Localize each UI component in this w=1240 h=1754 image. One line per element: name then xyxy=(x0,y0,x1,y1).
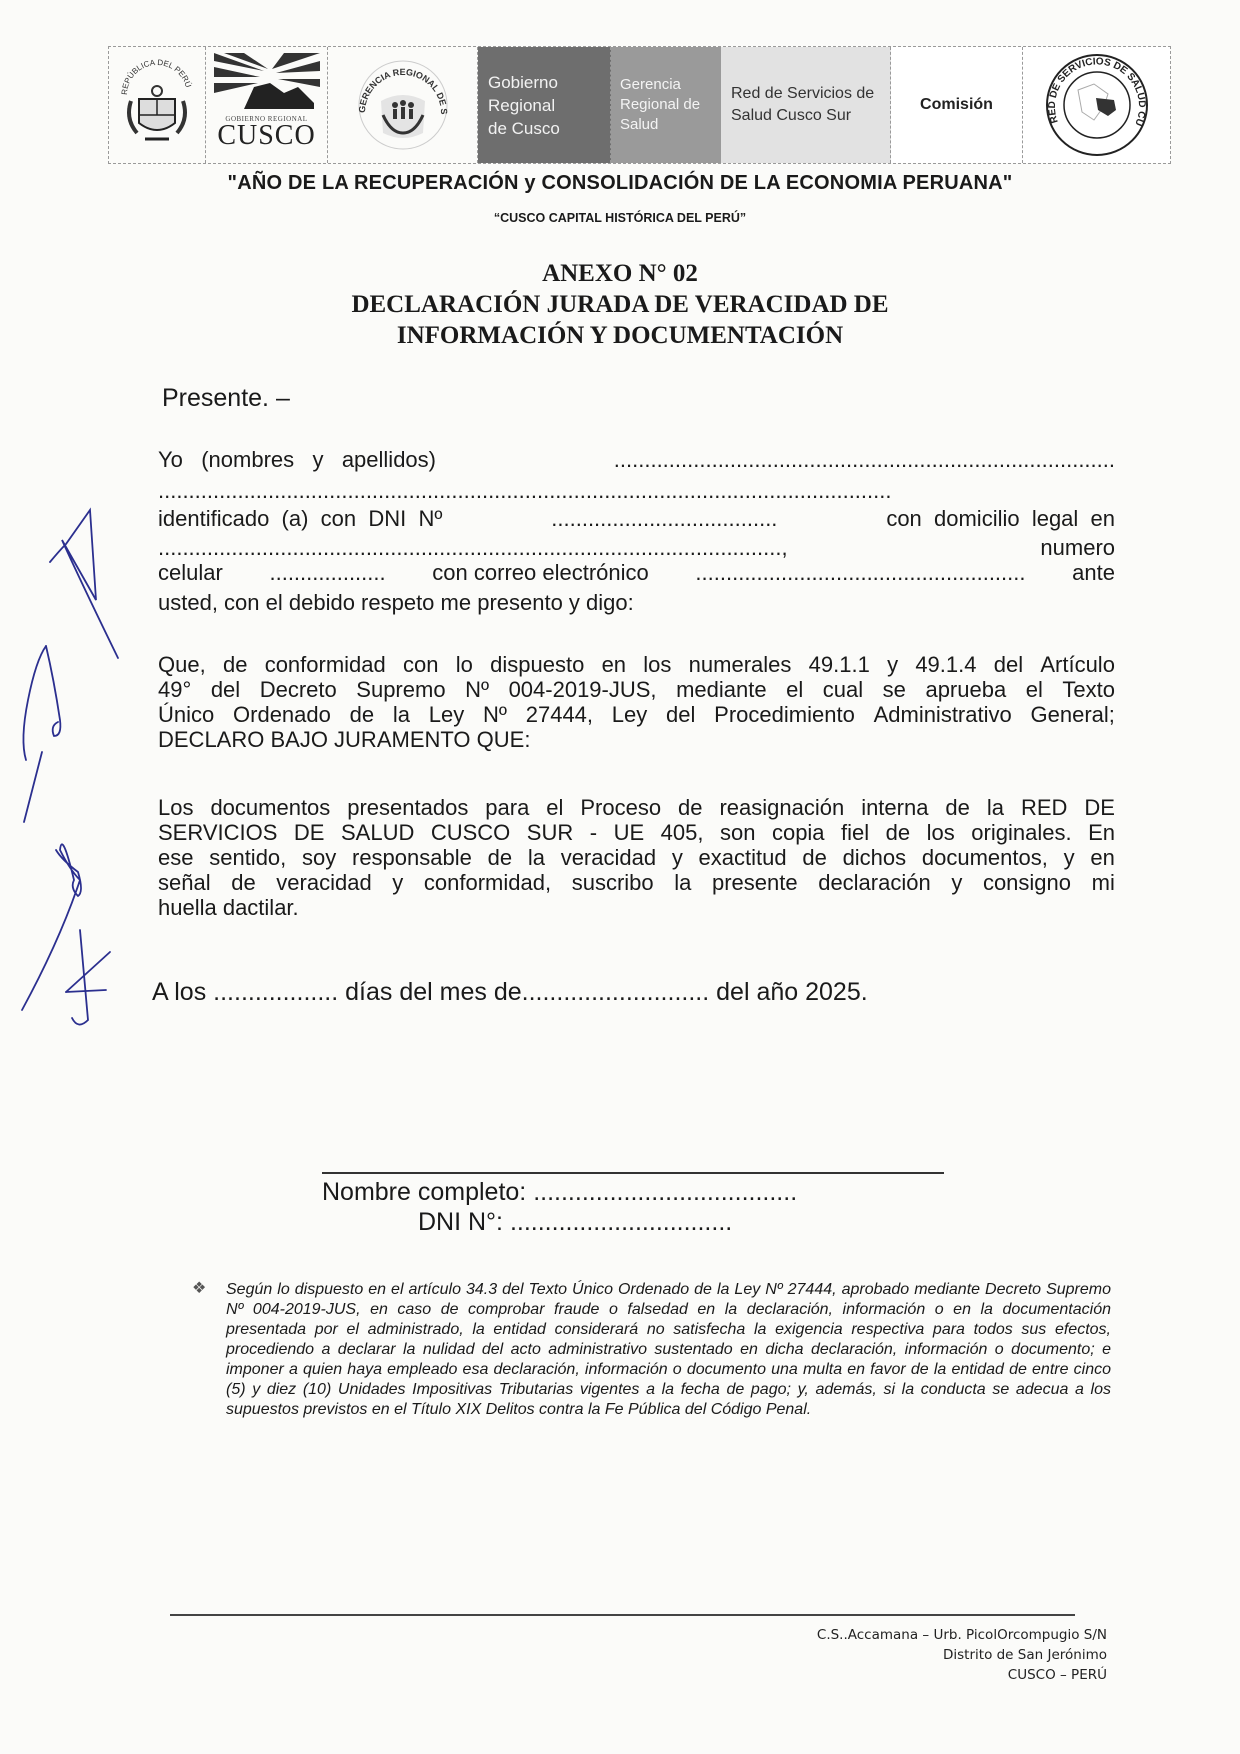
footer-address: C.S..Accamana – Urb. PicolOrcompugio S/N… xyxy=(700,1625,1107,1685)
name-line: Yo (nombres y apellidos) ...............… xyxy=(158,447,1115,478)
diamond-bullet-icon: ❖ xyxy=(192,1278,206,1298)
red-servicios-seal-logo: RED DE SERVICIOS DE SALUD CUSCO SUR xyxy=(1023,47,1170,163)
para2-line: señaldeveracidadyconformidad,suscribolap… xyxy=(158,870,1115,895)
para2-line: SERVICIOSDESALUDCUSCOSUR-UE405,soncopiaf… xyxy=(158,820,1115,845)
address-field[interactable]: ........................................… xyxy=(158,535,788,560)
day-field[interactable]: .................. xyxy=(213,978,338,1006)
gerencia-regional-salud-logo: GERENCIA REGIONAL DE SALUD CUSCO xyxy=(328,47,478,163)
para2-line: huella dactilar. xyxy=(158,895,1115,920)
signature-dni-field[interactable]: ................................ xyxy=(510,1208,732,1236)
salutation: Presente. – xyxy=(162,384,290,413)
name-field-continued[interactable]: ........................................… xyxy=(158,478,1058,506)
address-line: ........................................… xyxy=(158,535,1115,560)
declarant-form: Yo (nombres y apellidos) ...............… xyxy=(158,447,1115,615)
sunburst-mountain-icon xyxy=(214,53,320,109)
para2-line: esesentido,soyresponsabledelaveracidadye… xyxy=(158,845,1115,870)
para2-line: LosdocumentospresentadosparaelProcesoder… xyxy=(158,795,1115,820)
handwritten-initials-icon xyxy=(0,500,140,1060)
declaration-paragraph: LosdocumentospresentadosparaelProcesoder… xyxy=(158,795,1115,920)
dni-field[interactable]: ..................................... xyxy=(551,506,777,535)
email-field[interactable]: ........................................… xyxy=(695,560,1025,590)
para1-line: 49°delDecretoSupremoNº004-2019-JUS,media… xyxy=(158,677,1115,702)
coat-of-arms-icon: REPÚBLICA DEL PERÚ xyxy=(117,57,197,153)
legal-warning-note: Según lo dispuesto en el artículo 34.3 d… xyxy=(226,1280,1111,1420)
comision-cell: Comisión xyxy=(891,47,1023,163)
capital-motto: “CUSCO CAPITAL HISTÓRICA DEL PERÚ” xyxy=(0,211,1240,225)
legal-basis-paragraph: Que,deconformidadconlodispuestoenlosnume… xyxy=(158,652,1115,752)
gerencia-regional-cell: Gerencia Regional de Salud xyxy=(611,47,721,163)
full-name-field[interactable]: ...................................... xyxy=(533,1178,797,1206)
signature-line[interactable] xyxy=(322,1172,944,1174)
dni-line: identificado (a) con DNI Nº ............… xyxy=(158,506,1115,535)
full-name-line: Nombre completo: .......................… xyxy=(322,1178,797,1207)
letterhead: REPÚBLICA DEL PERÚ GOBIERNO REGIONAL CUS… xyxy=(108,46,1171,164)
para1-line: Que,deconformidadconlodispuestoenlosnume… xyxy=(158,652,1115,677)
red-servicios-cell: Red de Servicios de Salud Cusco Sur xyxy=(721,47,891,163)
gobierno-regional-cusco-logo: GOBIERNO REGIONAL CUSCO xyxy=(206,47,328,163)
phone-field[interactable]: ................... xyxy=(269,560,385,590)
date-line: A los .................. días del mes de… xyxy=(152,978,868,1007)
phone-email-line: celular ................... con correo e… xyxy=(158,560,1115,590)
year-motto: "AÑO DE LA RECUPERACIÓN y CONSOLIDACIÓN … xyxy=(0,172,1240,195)
peru-coat-of-arms-logo: REPÚBLICA DEL PERÚ xyxy=(109,47,206,163)
name-field[interactable]: ........................................… xyxy=(614,447,1115,478)
footer-divider xyxy=(170,1614,1075,1616)
cusco-logo-text: GOBIERNO REGIONAL CUSCO xyxy=(206,115,327,149)
para1-line: DECLARO BAJO JURAMENTO QUE: xyxy=(158,727,1115,752)
document-title: ANEXO N° 02 DECLARACIÓN JURADA DE VERACI… xyxy=(0,258,1240,351)
gobierno-regional-cell: Gobierno Regional de Cusco xyxy=(478,47,611,163)
month-field[interactable]: ........................... xyxy=(522,978,710,1006)
svg-text:REPÚBLICA DEL PERÚ: REPÚBLICA DEL PERÚ xyxy=(120,58,193,95)
health-hands-seal-icon: GERENCIA REGIONAL DE SALUD CUSCO xyxy=(351,53,455,157)
signature-dni-line: DNI N°: ................................ xyxy=(418,1208,732,1237)
svg-text:RED DE SERVICIOS DE SALUD CUSC: RED DE SERVICIOS DE SALUD CUSCO SUR xyxy=(1042,50,1147,127)
para1-line: ÚnicoOrdenadodelaLeyNº27444,LeydelProced… xyxy=(158,702,1115,727)
closing-phrase: usted, con el debido respeto me presento… xyxy=(158,590,1115,615)
red-salud-seal-icon: RED DE SERVICIOS DE SALUD CUSCO SUR xyxy=(1042,50,1152,160)
